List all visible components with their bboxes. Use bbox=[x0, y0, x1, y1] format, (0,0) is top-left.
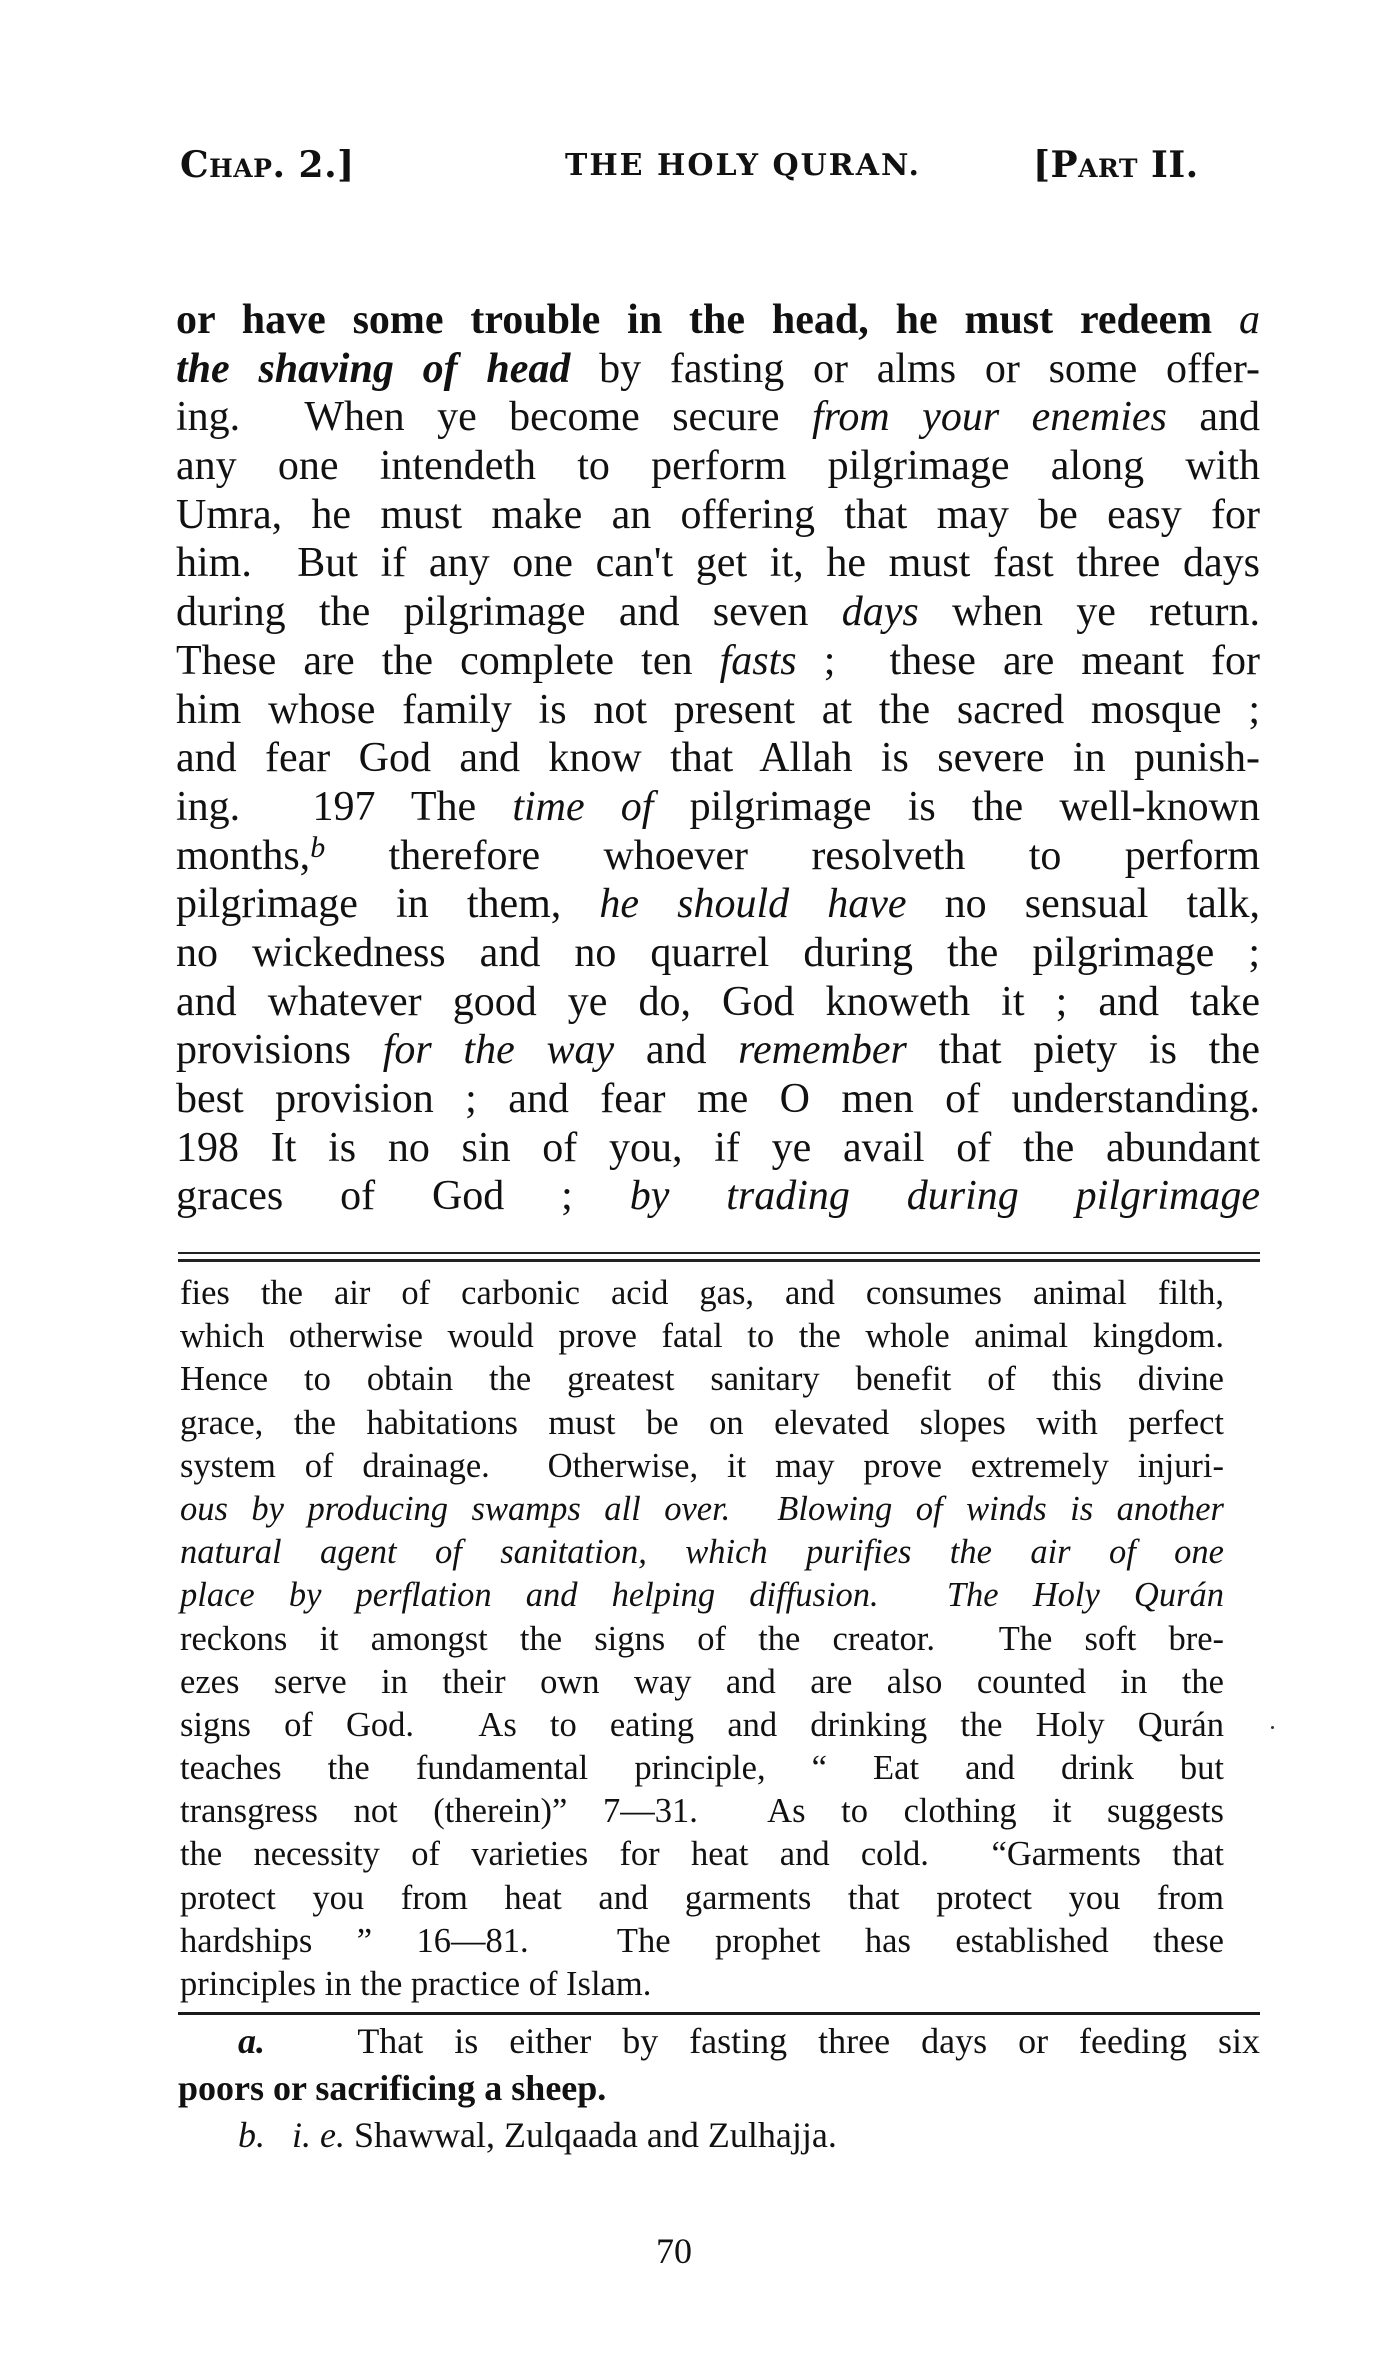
scan-artifact bbox=[1271, 1726, 1274, 1729]
text-run: reckons it amongst the signs of the crea… bbox=[180, 1620, 1224, 1658]
italic-run: for the way bbox=[383, 1027, 614, 1073]
text-line: any one intendeth to perform pilgrimage … bbox=[176, 442, 1260, 491]
text-run: that piety is the bbox=[907, 1027, 1260, 1073]
commentary-divider-bottom bbox=[178, 1259, 1260, 1262]
text-line: 198 It is no sin of you, if ye avail of … bbox=[176, 1124, 1260, 1173]
running-head: Chap. 2.] THE HOLY QURAN. [Part II. bbox=[178, 140, 1268, 190]
text-run: him. But if any one can't get it, he mus… bbox=[176, 540, 1260, 586]
commentary-text: fies the air of carbonic acid gas, and c… bbox=[180, 1272, 1224, 2006]
text-run: any one intendeth to perform pilgrimage … bbox=[176, 443, 1260, 489]
text-run: therefore whoever resolveth to perform bbox=[325, 833, 1260, 879]
footnote-a-line2: poors or sacrificing a sheep. bbox=[178, 2065, 1260, 2112]
text-run: pilgrimage in them, bbox=[176, 881, 599, 927]
footnote-b-ie: i. e. bbox=[292, 2115, 345, 2155]
text-run: transgress not (therein)” 7—31. As to cl… bbox=[180, 1792, 1224, 1830]
italic-run: natural agent of sanitation, which purif… bbox=[180, 1533, 1224, 1571]
comment-line: which otherwise would prove fatal to the… bbox=[180, 1315, 1224, 1358]
text-run: ezes serve in their own way and are also… bbox=[180, 1663, 1224, 1701]
text-line: best provision ; and fear me O men of un… bbox=[176, 1075, 1260, 1124]
comment-line: signs of God. As to eating and drinking … bbox=[180, 1704, 1224, 1747]
text-run: grace, the habitations must be on elevat… bbox=[180, 1404, 1224, 1442]
comment-line: natural agent of sanitation, which purif… bbox=[180, 1531, 1224, 1574]
comment-line: principles in the practice of Islam. bbox=[180, 1963, 1224, 2006]
text-run: system of drainage. Otherwise, it may pr… bbox=[180, 1447, 1224, 1485]
text-run: Hence to obtain the greatest sanitary be… bbox=[180, 1360, 1224, 1398]
text-line: These are the complete ten fasts ; these… bbox=[176, 637, 1260, 686]
footnote-ref-b: b bbox=[310, 831, 325, 864]
text-run: principles in the practice of Islam. bbox=[180, 1965, 651, 2003]
comment-line: fies the air of carbonic acid gas, and c… bbox=[180, 1272, 1224, 1315]
main-text: or have some trouble in the head, he mus… bbox=[176, 296, 1260, 1221]
text-line: ing. When ye become secure from your ene… bbox=[176, 393, 1260, 442]
text-run: by fasting or alms or some offer- bbox=[570, 346, 1260, 392]
text-run: pilgrimage is the well-known bbox=[653, 784, 1260, 830]
text-run: hardships ” 16—81. The prophet has estab… bbox=[180, 1922, 1224, 1960]
italic-run: time of bbox=[512, 784, 653, 830]
text-line: provisions for the way and remember that… bbox=[176, 1026, 1260, 1075]
commentary-divider-top bbox=[178, 1252, 1260, 1254]
text-line: and fear God and know that Allah is seve… bbox=[176, 734, 1260, 783]
text-line: him whose family is not present at the s… bbox=[176, 686, 1260, 735]
text-line: or have some trouble in the head, he mus… bbox=[176, 296, 1260, 345]
footnote-b-text: Shawwal, Zulqaada and Zulhajja. bbox=[345, 2115, 837, 2155]
comment-line: Hence to obtain the greatest sanitary be… bbox=[180, 1358, 1224, 1401]
text-line: Umra, he must make an offering that may … bbox=[176, 491, 1260, 540]
text-run: ing. When ye become secure bbox=[176, 394, 812, 440]
comment-line: hardships ” 16—81. The prophet has estab… bbox=[180, 1920, 1224, 1963]
text-run: fies the air of carbonic acid gas, and c… bbox=[180, 1274, 1224, 1312]
footnote-a-text: That is either by fasting three days or … bbox=[357, 2021, 1260, 2061]
comment-line: place by perflation and helping diffusio… bbox=[180, 1574, 1224, 1617]
footnote-b: b. i. e. Shawwal, Zulqaada and Zulhajja. bbox=[178, 2112, 1260, 2159]
text-run: signs of God. As to eating and drinking … bbox=[180, 1706, 1224, 1744]
text-run: the necessity of varieties for heat and … bbox=[180, 1835, 1224, 1873]
text-run: 198 It is no sin of you, if ye avail of … bbox=[176, 1125, 1260, 1171]
comment-line: ezes serve in their own way and are also… bbox=[180, 1661, 1224, 1704]
text-run: months, bbox=[176, 833, 310, 879]
italic-run: place by perflation and helping diffusio… bbox=[180, 1576, 1224, 1614]
text-line: the shaving of head by fasting or alms o… bbox=[176, 345, 1260, 394]
text-run: ; these are meant for bbox=[797, 638, 1260, 684]
spacer bbox=[265, 2115, 292, 2155]
text-run: which otherwise would prove fatal to the… bbox=[180, 1317, 1224, 1355]
text-line: him. But if any one can't get it, he mus… bbox=[176, 539, 1260, 588]
text-line: graces of God ; by trading during pilgri… bbox=[176, 1172, 1260, 1221]
text-run: or have some trouble in the head, he mus… bbox=[176, 297, 1212, 343]
footnote-marker-b: b. bbox=[238, 2115, 265, 2155]
italic-run: fasts bbox=[720, 638, 797, 684]
text-line: no wickedness and no quarrel during the … bbox=[176, 929, 1260, 978]
italic-run: days bbox=[842, 589, 919, 635]
text-run: teaches the fundamental principle, “ Eat… bbox=[180, 1749, 1224, 1787]
text-line: pilgrimage in them, he should have no se… bbox=[176, 880, 1260, 929]
footnote-ref-a: a bbox=[1212, 297, 1260, 343]
italic-run: the shaving of head bbox=[176, 346, 570, 392]
comment-line: reckons it amongst the signs of the crea… bbox=[180, 1618, 1224, 1661]
italic-run: ous by producing swamps all over. Blowin… bbox=[180, 1490, 1224, 1528]
footnote-divider bbox=[178, 2012, 1260, 2015]
footnotes: a. That is either by fasting three days … bbox=[178, 2018, 1260, 2159]
italic-run: by trading during pilgrimage bbox=[630, 1173, 1260, 1219]
comment-line: grace, the habitations must be on elevat… bbox=[180, 1402, 1224, 1445]
footnote-marker-a: a. bbox=[238, 2021, 265, 2061]
text-run: best provision ; and fear me O men of un… bbox=[176, 1076, 1260, 1122]
text-run: no wickedness and no quarrel during the … bbox=[176, 930, 1260, 976]
text-run: ing. 197 The bbox=[176, 784, 512, 830]
text-line: months,b therefore whoever resolveth to … bbox=[176, 832, 1260, 881]
footnote-a-text-cont: poors or sacrificing a sheep. bbox=[178, 2068, 606, 2108]
comment-line: ous by producing swamps all over. Blowin… bbox=[180, 1488, 1224, 1531]
text-run: and fear God and know that Allah is seve… bbox=[176, 735, 1260, 781]
book-page: Chap. 2.] THE HOLY QURAN. [Part II. or h… bbox=[0, 0, 1400, 2360]
italic-run: he should have bbox=[599, 881, 906, 927]
text-line: and whatever good ye do, God knoweth it … bbox=[176, 978, 1260, 1027]
text-run: provisions bbox=[176, 1027, 383, 1073]
part-label: [Part II. bbox=[1033, 144, 1199, 186]
comment-line: transgress not (therein)” 7—31. As to cl… bbox=[180, 1790, 1224, 1833]
text-line: during the pilgrimage and seven days whe… bbox=[176, 588, 1260, 637]
book-title: THE HOLY QURAN. bbox=[565, 148, 921, 183]
text-run: and bbox=[1167, 394, 1260, 440]
comment-line: system of drainage. Otherwise, it may pr… bbox=[180, 1445, 1224, 1488]
text-run: Umra, he must make an offering that may … bbox=[176, 492, 1260, 538]
text-run: These are the complete ten bbox=[176, 638, 720, 684]
text-run: during the pilgrimage and seven bbox=[176, 589, 842, 635]
comment-line: the necessity of varieties for heat and … bbox=[180, 1833, 1224, 1876]
text-run: graces of God ; bbox=[176, 1173, 630, 1219]
comment-line: protect you from heat and garments that … bbox=[180, 1877, 1224, 1920]
text-run: him whose family is not present at the s… bbox=[176, 687, 1260, 733]
text-run: and whatever good ye do, God knoweth it … bbox=[176, 979, 1260, 1025]
italic-run: from your enemies bbox=[812, 394, 1167, 440]
text-run: when ye return. bbox=[919, 589, 1260, 635]
page-number: 70 bbox=[656, 2230, 692, 2272]
italic-run: remember bbox=[738, 1027, 907, 1073]
comment-line: teaches the fundamental principle, “ Eat… bbox=[180, 1747, 1224, 1790]
footnote-a-line1: a. That is either by fasting three days … bbox=[178, 2018, 1260, 2065]
text-run: and bbox=[614, 1027, 738, 1073]
spacer bbox=[265, 2021, 357, 2061]
chapter-label: Chap. 2.] bbox=[180, 144, 355, 186]
text-run: protect you from heat and garments that … bbox=[180, 1879, 1224, 1917]
text-run: no sensual talk, bbox=[907, 881, 1260, 927]
text-line: ing. 197 The time of pilgrimage is the w… bbox=[176, 783, 1260, 832]
